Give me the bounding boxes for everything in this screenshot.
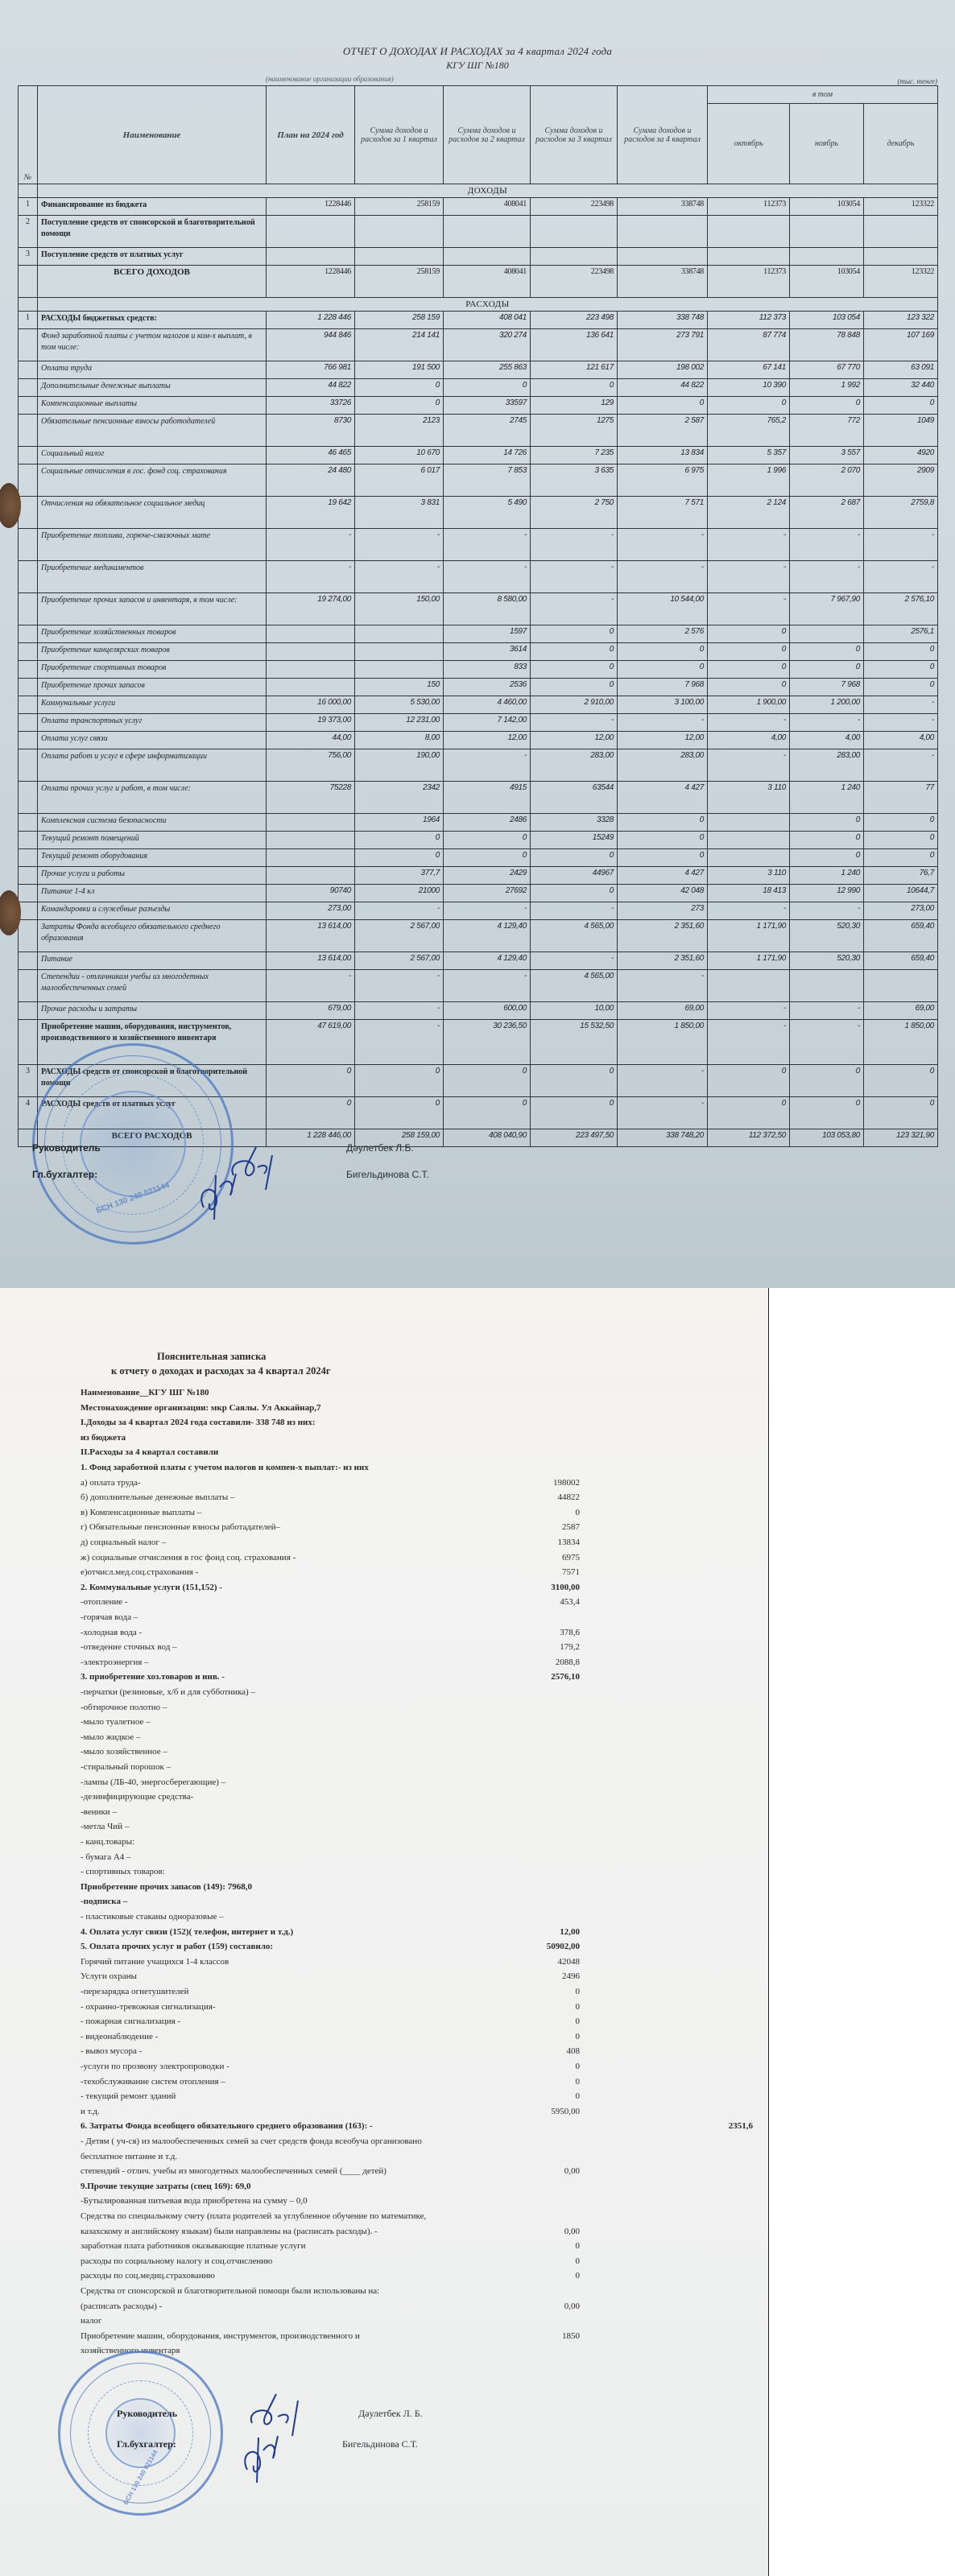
- row-number: [19, 643, 38, 661]
- cell-q2: 5 490: [444, 497, 531, 529]
- income-row: 3Поступление средств от платных услуг: [19, 248, 938, 266]
- row-name: ВСЕГО ДОХОДОВ: [38, 266, 267, 298]
- note-line: бесплатное питание и т.д.: [81, 2152, 177, 2161]
- cell-q1: 2 567,00: [355, 952, 444, 970]
- cell-q4: 0: [618, 643, 708, 661]
- row-name: Степендии - отличникам учебы из многодет…: [38, 970, 267, 1002]
- cell-nov: -: [790, 714, 864, 732]
- row-name: Комплексная система безопасности: [38, 814, 267, 832]
- cell-q1: 150,00: [355, 593, 444, 625]
- note-line: Местонахождение организации: мкр Саялы. …: [81, 1403, 321, 1413]
- cell-q1: 377,7: [355, 867, 444, 885]
- cell-q4: 6 975: [618, 464, 708, 497]
- cell-q1: -: [355, 561, 444, 593]
- cell-q1: 3 831: [355, 497, 444, 529]
- note-line: д) социальный налог –: [81, 1538, 166, 1547]
- cell-oct: [708, 832, 790, 849]
- cell-nov: 2 687: [790, 497, 864, 529]
- note-line: -подписка –: [81, 1897, 127, 1906]
- expense-row: Дополнительные денежные выплаты44 822000…: [19, 379, 938, 397]
- cell-plan: -: [267, 529, 355, 561]
- cell-q3: 121 617: [531, 361, 618, 379]
- note-line: -отведение сточных вод –: [81, 1642, 177, 1652]
- report-page: ОТЧЕТ О ДОХОДАХ И РАСХОДАХ за 4 квартал …: [0, 0, 955, 1288]
- cell-plan: 19 642: [267, 497, 355, 529]
- director-name: Дәулетбек Л.Б.: [346, 1142, 414, 1154]
- cell-q3: 2 750: [531, 497, 618, 529]
- expense-row: Компенсационные выплаты33726033597129000…: [19, 397, 938, 415]
- cell-q4: 2 576: [618, 625, 708, 643]
- cell-q1: 10 670: [355, 447, 444, 464]
- note-line: 3. приобретение хоз.товаров и инв. -: [81, 1672, 225, 1682]
- cell-q4: 0: [618, 814, 708, 832]
- row-name: Питание: [38, 952, 267, 970]
- cell-q3: 63544: [531, 782, 618, 814]
- row-name: Оплата работ и услуг в сфере информатиза…: [38, 749, 267, 782]
- cell-oct: -: [708, 593, 790, 625]
- cell-nov: 4,00: [790, 732, 864, 749]
- cell-q4: 0: [618, 832, 708, 849]
- row-name: Прочие расходы и затраты: [38, 1002, 267, 1020]
- cell-dec: [864, 216, 938, 248]
- cell-dec: 659,40: [864, 952, 938, 970]
- expense-row: Оплата транспортных услуг19 373,0012 231…: [19, 714, 938, 732]
- note-line: б) дополнительные денежные выплаты –: [81, 1492, 234, 1502]
- row-number: [19, 679, 38, 696]
- cell-nov: 0: [790, 849, 864, 867]
- cell-q2: 2536: [444, 679, 531, 696]
- cell-oct: 1 171,90: [708, 920, 790, 952]
- cell-q4: 283,00: [618, 749, 708, 782]
- cell-nov: 520,30: [790, 952, 864, 970]
- cell-plan: 33726: [267, 397, 355, 415]
- cell-plan: 1 228 446: [267, 312, 355, 329]
- note-line-value: 13834: [558, 1538, 581, 1547]
- cell-q3: 223 497,50: [531, 1129, 618, 1147]
- cell-dec: 2 576,10: [864, 593, 938, 625]
- cell-oct: -: [708, 749, 790, 782]
- note-line-value: 453,4: [560, 1597, 580, 1607]
- cell-q3: 3 635: [531, 464, 618, 497]
- note-line: - спортивных товаров:: [81, 1867, 165, 1876]
- note-line: -мыло хозяйственное –: [81, 1747, 167, 1757]
- cell-plan: 766 981: [267, 361, 355, 379]
- note-line: в) Компенсационные выплаты –: [81, 1508, 201, 1517]
- cell-plan: 16 000,00: [267, 696, 355, 714]
- cell-q2: 4915: [444, 782, 531, 814]
- row-name: Фонд заработной платы с учетом налогов и…: [38, 329, 267, 361]
- cell-q1: 1964: [355, 814, 444, 832]
- cell-dec: -: [864, 561, 938, 593]
- cell-nov: 67 770: [790, 361, 864, 379]
- cell-q4: 0: [618, 397, 708, 415]
- expense-row: Оплата прочих услуг и работ, в том числе…: [19, 782, 938, 814]
- cell-dec: [864, 970, 938, 1002]
- cell-q2: -: [444, 970, 531, 1002]
- cell-nov: 103 054: [790, 312, 864, 329]
- cell-q1: 214 141: [355, 329, 444, 361]
- cell-dec: 1 850,00: [864, 1020, 938, 1065]
- note-line-value: 2576,10: [551, 1672, 580, 1682]
- note-line: из бюджета: [81, 1433, 126, 1443]
- cell-q2: -: [444, 902, 531, 920]
- cell-dec: 107 169: [864, 329, 938, 361]
- expense-row: Оплата труда766 981191 500255 863121 617…: [19, 361, 938, 379]
- note-line: -горячая вода –: [81, 1612, 138, 1622]
- note-line: - пластиковые стаканы одноразовые –: [81, 1912, 224, 1922]
- cell-q1: [355, 216, 444, 248]
- row-name: Приобретение топлива, горюче-смазочных м…: [38, 529, 267, 561]
- cell-dec: 2759,8: [864, 497, 938, 529]
- cell-plan: [267, 216, 355, 248]
- cell-nov: [790, 216, 864, 248]
- expense-row: Приобретение хозяйственных товаров159702…: [19, 625, 938, 643]
- units-label: (тыс. тенге): [897, 77, 937, 85]
- expense-row: Степендии - отличникам учебы из многодет…: [19, 970, 938, 1002]
- note-line: -дезинфицирующие средства-: [81, 1792, 193, 1802]
- cell-q4: 273: [618, 902, 708, 920]
- cell-nov: 0: [790, 397, 864, 415]
- note-line: заработная плата работников оказывающие …: [81, 2241, 306, 2251]
- cell-oct: 67 141: [708, 361, 790, 379]
- row-number: [19, 902, 38, 920]
- row-name: Дополнительные денежные выплаты: [38, 379, 267, 397]
- cell-oct: 0: [708, 679, 790, 696]
- cell-q1: [355, 643, 444, 661]
- cell-q4: 44 822: [618, 379, 708, 397]
- cell-q3: 4 565,00: [531, 970, 618, 1002]
- cell-plan: 13 614,00: [267, 952, 355, 970]
- cell-plan: 47 619,00: [267, 1020, 355, 1065]
- expense-row: Социальные отчисления в гос. фонд соц. с…: [19, 464, 938, 497]
- cell-q3: 0: [531, 679, 618, 696]
- accountant-label: Гл.бухгалтер:: [32, 1169, 97, 1180]
- cell-nov: 0: [790, 1065, 864, 1097]
- note-line-value: 12,00: [560, 1927, 580, 1937]
- note-line: Приобретение машин, оборудования, инстру…: [81, 2331, 360, 2341]
- cell-q3: 4 565,00: [531, 920, 618, 952]
- cell-plan: [267, 832, 355, 849]
- cell-q2: 2486: [444, 814, 531, 832]
- cell-plan: 75228: [267, 782, 355, 814]
- row-number: [19, 832, 38, 849]
- cell-dec: 123 322: [864, 312, 938, 329]
- cell-plan: 44,00: [267, 732, 355, 749]
- cell-q1: 12 231,00: [355, 714, 444, 732]
- row-number: [19, 529, 38, 561]
- cell-dec: -: [864, 714, 938, 732]
- cell-nov: 1 240: [790, 867, 864, 885]
- note-line-value: 0: [576, 2256, 581, 2266]
- cell-oct: 112373: [708, 266, 790, 298]
- cell-q2: 0: [444, 832, 531, 849]
- cell-q4: 338748: [618, 266, 708, 298]
- expense-row: Фонд заработной платы с учетом налогов и…: [19, 329, 938, 361]
- cell-nov: 103054: [790, 198, 864, 216]
- cell-nov: 7 967,90: [790, 593, 864, 625]
- note-accountant-label: Гл.бухгалтер:: [117, 2438, 176, 2450]
- cell-plan: -: [267, 561, 355, 593]
- note-line: казахскому и английскому языкам) были на…: [81, 2227, 378, 2236]
- cell-q2: -: [444, 529, 531, 561]
- note-line-value: 0: [576, 2091, 581, 2101]
- note-line: (расписать расходы) -: [81, 2301, 162, 2311]
- cell-plan: -: [267, 970, 355, 1002]
- cell-q1: 5 530,00: [355, 696, 444, 714]
- cell-oct: -: [708, 714, 790, 732]
- cell-q4: 2 351,60: [618, 952, 708, 970]
- cell-q4: -: [618, 970, 708, 1002]
- cell-plan: [267, 849, 355, 867]
- cell-nov: -: [790, 529, 864, 561]
- cell-q2: 408 040,90: [444, 1129, 531, 1147]
- cell-oct: [708, 814, 790, 832]
- col-header-q2: Сумма доходов и расходов за 2 квартал: [444, 86, 531, 184]
- note-line-value: 5950,00: [551, 2107, 580, 2116]
- cell-q2: [444, 248, 531, 266]
- cell-nov: 1 992: [790, 379, 864, 397]
- director-label: Руководитель: [32, 1142, 101, 1154]
- row-number: [19, 696, 38, 714]
- cell-q2: 408 041: [444, 312, 531, 329]
- cell-oct: 1 171,90: [708, 952, 790, 970]
- cell-nov: 12 990: [790, 885, 864, 902]
- organization-hint: (наименование организации образования): [266, 75, 394, 83]
- cell-dec: 32 440: [864, 379, 938, 397]
- note-line-value: 6975: [562, 1553, 580, 1563]
- cell-dec: 659,40: [864, 920, 938, 952]
- cell-nov: -: [790, 1020, 864, 1065]
- cell-plan: 44 822: [267, 379, 355, 397]
- cell-q2: 2745: [444, 415, 531, 447]
- note-line-value: 3100,00: [551, 1583, 580, 1592]
- cell-oct: 4,00: [708, 732, 790, 749]
- note-director-name: Дәулетбек Л. Б.: [358, 2408, 423, 2420]
- cell-q1: [355, 625, 444, 643]
- note-line-value: 0: [576, 2017, 581, 2026]
- note-line: -мыло жидкое –: [81, 1732, 140, 1742]
- note-line: - бумага А4 –: [81, 1852, 131, 1862]
- expense-row: Обязательные пенсионные взносы работодат…: [19, 415, 938, 447]
- note-line: Горячий питание учащихся 1-4 классов: [81, 1957, 229, 1967]
- cell-oct: [708, 970, 790, 1002]
- note-line-value: 0: [576, 1987, 581, 1996]
- expense-row: Приобретение топлива, горюче-смазочных м…: [19, 529, 938, 561]
- row-number: [19, 732, 38, 749]
- note-line: -Бутылированная питьевая вода приобретен…: [81, 2196, 308, 2206]
- note-line-value: 2351,6: [729, 2121, 753, 2131]
- expense-row: Приобретение спортивных товаров83300000: [19, 661, 938, 679]
- cell-dec: 63 091: [864, 361, 938, 379]
- row-name: Приобретение медикаментов: [38, 561, 267, 593]
- cell-q1: [355, 661, 444, 679]
- expense-row: Социальный налог46 46510 67014 7267 2351…: [19, 447, 938, 464]
- note-line-value: 44822: [558, 1492, 581, 1502]
- cell-q1: 258 159: [355, 312, 444, 329]
- cell-plan: 944 846: [267, 329, 355, 361]
- cell-nov: 103054: [790, 266, 864, 298]
- cell-q2: 0: [444, 379, 531, 397]
- cell-q2: 12,00: [444, 732, 531, 749]
- row-name: Поступление средств от платных услуг: [38, 248, 267, 266]
- cell-nov: 103 053,80: [790, 1129, 864, 1147]
- note-line: налог: [81, 2316, 101, 2326]
- expense-section-row: РАСХОДЫ: [19, 298, 938, 312]
- cell-q3: 0: [531, 661, 618, 679]
- cell-q3: -: [531, 952, 618, 970]
- cell-oct: 3 110: [708, 867, 790, 885]
- cell-plan: 0: [267, 1065, 355, 1097]
- cell-dec: 0: [864, 814, 938, 832]
- col-header-q4: Сумма доходов и расходов за 4 квартал: [618, 86, 708, 184]
- note-line: 9.Прочие текущие затраты (спец 169): 69,…: [81, 2182, 250, 2191]
- cell-q3: 0: [531, 643, 618, 661]
- note-line: Услуги охраны: [81, 1971, 137, 1981]
- cell-dec: 273,00: [864, 902, 938, 920]
- cell-nov: 78 848: [790, 329, 864, 361]
- cell-plan: 19 373,00: [267, 714, 355, 732]
- cell-dec: 76,7: [864, 867, 938, 885]
- note-line: 2. Коммунальные услуги (151,152) -: [81, 1583, 222, 1592]
- cell-q2: 14 726: [444, 447, 531, 464]
- row-name: Поступление средств от спонсорской и бла…: [38, 216, 267, 248]
- col-header-name: Наименование: [38, 86, 267, 184]
- row-number: [19, 814, 38, 832]
- cell-q3: 12,00: [531, 732, 618, 749]
- cell-q4: 2 587: [618, 415, 708, 447]
- cell-q4: 3 100,00: [618, 696, 708, 714]
- cell-dec: 123322: [864, 198, 938, 216]
- cell-q3: 0: [531, 885, 618, 902]
- cell-plan: 90740: [267, 885, 355, 902]
- row-name: Обязательные пенсионные взносы работодат…: [38, 415, 267, 447]
- cell-q4: [618, 248, 708, 266]
- note-line: и т.д.: [81, 2107, 100, 2116]
- cell-q1: [355, 248, 444, 266]
- row-name: Оплата прочих услуг и работ, в том числе…: [38, 782, 267, 814]
- cell-q3: 0: [531, 1065, 618, 1097]
- cell-q4: 13 834: [618, 447, 708, 464]
- cell-q1: -: [355, 529, 444, 561]
- note-line: -электроэнергия –: [81, 1657, 149, 1667]
- cell-q1: -: [355, 970, 444, 1002]
- cell-nov: 2 070: [790, 464, 864, 497]
- cell-oct: 0: [708, 625, 790, 643]
- cell-q1: 0: [355, 379, 444, 397]
- cell-dec: 10644,7: [864, 885, 938, 902]
- note-line: -холодная вода -: [81, 1628, 142, 1637]
- cell-oct: 112373: [708, 198, 790, 216]
- col-header-plan: План на 2024 год: [267, 86, 355, 184]
- row-number: [19, 885, 38, 902]
- col-header-december: декабрь: [864, 104, 938, 184]
- cell-oct: 18 413: [708, 885, 790, 902]
- cell-dec: 1049: [864, 415, 938, 447]
- note-line-value: 0: [576, 2241, 581, 2251]
- cell-q2: 4 129,40: [444, 952, 531, 970]
- row-name: Компенсационные выплаты: [38, 397, 267, 415]
- cell-oct: 112 373: [708, 312, 790, 329]
- row-name: РАСХОДЫ бюджетных средств:: [38, 312, 267, 329]
- note-line: -перчатки (резиновые, х/б и для субботни…: [81, 1687, 255, 1697]
- cell-oct: 765,2: [708, 415, 790, 447]
- row-name: Социальные отчисления в гос. фонд соц. с…: [38, 464, 267, 497]
- cell-q1: 2 567,00: [355, 920, 444, 952]
- row-number: [19, 1002, 38, 1020]
- row-number: [19, 415, 38, 447]
- cell-q2: 27692: [444, 885, 531, 902]
- cell-q1: 21000: [355, 885, 444, 902]
- note-line: ж) социальные отчисления в гос фонд соц.…: [81, 1553, 296, 1563]
- cell-dec: 123322: [864, 266, 938, 298]
- note-line: -обтирочное полотно –: [81, 1703, 167, 1712]
- row-number: [19, 497, 38, 529]
- note-line: расходы по соц.медиц.страхованию: [81, 2271, 215, 2281]
- cell-dec: 0: [864, 397, 938, 415]
- row-name: Текущий ремонт оборудования: [38, 849, 267, 867]
- row-number: 2: [19, 216, 38, 248]
- cell-q1: 0: [355, 1065, 444, 1097]
- cell-q4: -: [618, 1097, 708, 1129]
- note-line-value: 378,6: [560, 1628, 580, 1637]
- row-number: [19, 561, 38, 593]
- cell-oct: -: [708, 1002, 790, 1020]
- accountant-name: Бигельдинова С.Т.: [346, 1169, 429, 1180]
- cell-q1: 0: [355, 1097, 444, 1129]
- cell-q4: 4 427: [618, 867, 708, 885]
- note-line: -стиральный порошок –: [81, 1762, 171, 1772]
- expense-row: Текущий ремонт оборудования000000: [19, 849, 938, 867]
- cell-q1: 191 500: [355, 361, 444, 379]
- cell-nov: 0: [790, 643, 864, 661]
- cell-q4: 2 351,60: [618, 920, 708, 952]
- explanatory-note-page: Пояснительная записка к отчету о доходах…: [0, 1288, 955, 2576]
- note-line: - вывоз мусора -: [81, 2046, 142, 2056]
- note-line: -техобслуживание систем отопления –: [81, 2077, 225, 2087]
- cell-q4: 273 791: [618, 329, 708, 361]
- row-name: Приобретение прочих запасов и инвентаря,…: [38, 593, 267, 625]
- cell-oct: -: [708, 902, 790, 920]
- cell-q3: 1275: [531, 415, 618, 447]
- organization-name: КГУ ШГ №180: [0, 60, 955, 72]
- cell-q3: 136 641: [531, 329, 618, 361]
- cell-q2: 8 580,00: [444, 593, 531, 625]
- note-line: II.Расходы за 4 квартал составили: [81, 1447, 218, 1457]
- cell-oct: 87 774: [708, 329, 790, 361]
- note-title: Пояснительная записка: [157, 1351, 266, 1363]
- col-header-q1: Сумма доходов и расходов за 1 квартал: [355, 86, 444, 184]
- row-name: Затраты Фонда всеобщего обязательного ср…: [38, 920, 267, 952]
- note-line: Средства по специальному счету (плата ро…: [81, 2211, 426, 2221]
- cell-q2: 408041: [444, 266, 531, 298]
- note-line: - видеонаблюдение -: [81, 2032, 158, 2041]
- cell-dec: 77: [864, 782, 938, 814]
- cell-q3: [531, 216, 618, 248]
- row-name: Оплата транспортных услуг: [38, 714, 267, 732]
- cell-q3: 0: [531, 379, 618, 397]
- note-line: е)отчисл.мед.соц.страхования -: [81, 1567, 198, 1577]
- cell-q2: 0: [444, 1065, 531, 1097]
- cell-q3: 223498: [531, 266, 618, 298]
- note-line: - канц.товары:: [81, 1837, 134, 1847]
- cell-q3: 15249: [531, 832, 618, 849]
- cell-dec: 69,00: [864, 1002, 938, 1020]
- cell-nov: [790, 248, 864, 266]
- expense-row: Текущий ремонт помещений0015249000: [19, 832, 938, 849]
- row-name: Питание 1-4 кл: [38, 885, 267, 902]
- cell-q2: 833: [444, 661, 531, 679]
- note-line: - текущий ремонт зданий: [81, 2091, 176, 2101]
